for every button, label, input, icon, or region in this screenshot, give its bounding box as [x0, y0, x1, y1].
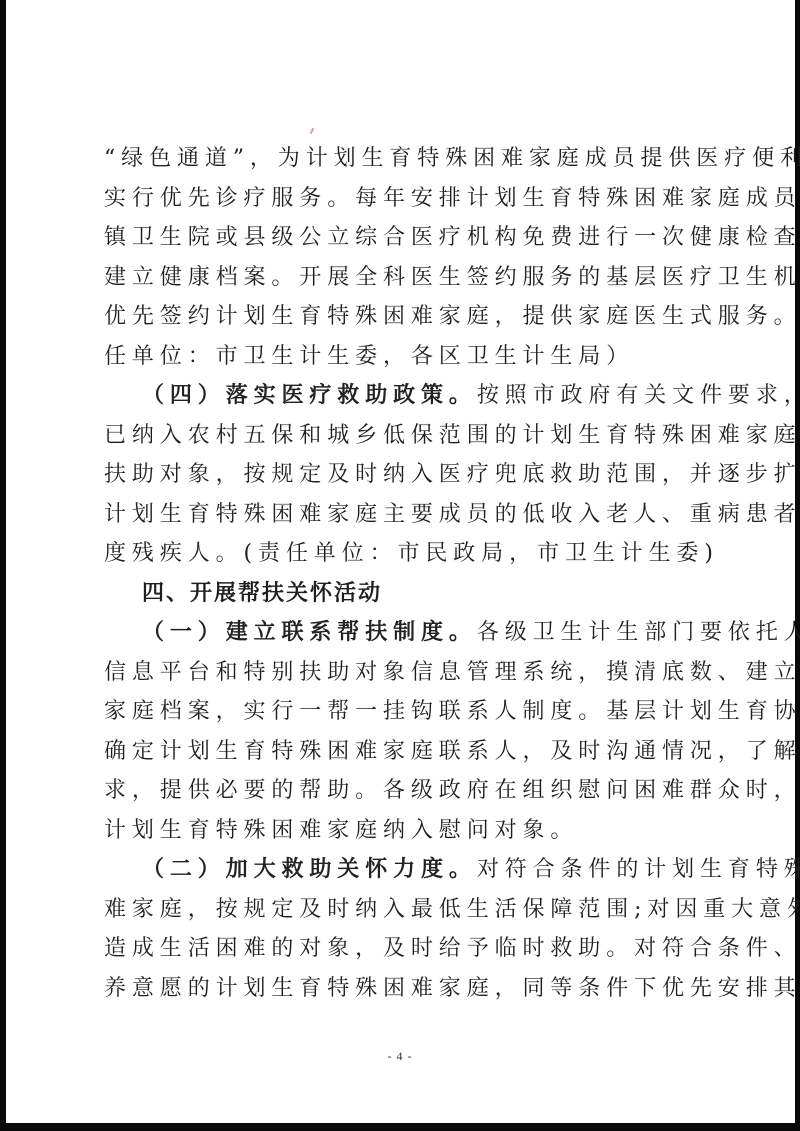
document-body: “绿色通道”，为计划生育特殊困难家庭成员提供医疗便利， 实行优先诊疗服务。每年安… [104, 139, 696, 1008]
subsection-title: （二）加大救助关怀力度。 [142, 856, 477, 882]
text-line: 优先签约计划生育特殊困难家庭，提供家庭医生式服务。（责 [104, 297, 696, 337]
text-line: 信息平台和特别扶助对象信息管理系统，摸清底数、建立特殊 [104, 653, 696, 693]
paragraph-text: 对符合条件的计划生育特殊困 [477, 857, 800, 882]
paragraph-text: 按照市政府有关文件要求，将 [477, 383, 800, 408]
text-line: 建立健康档案。开展全科医生签约服务的基层医疗卫生机构要 [104, 258, 696, 298]
text-line: 镇卫生院或县级公立综合医疗机构免费进行一次健康检查，并 [104, 218, 696, 258]
subsection-title: （四）落实医疗救助政策。 [142, 382, 477, 408]
text-line: “绿色通道”，为计划生育特殊困难家庭成员提供医疗便利， [104, 139, 696, 179]
text-line: 确定计划生育特殊困难家庭联系人，及时沟通情况，了解需 [104, 732, 696, 772]
text-line: 计划生育特殊困难家庭主要成员的低收入老人、重病患者及重 [104, 495, 696, 535]
section-heading: 四、开展帮扶关怀活动 [104, 574, 696, 614]
scan-border-left [0, 0, 6, 1131]
text-line: 任单位：市卫生计生委，各区卫生计生局） [104, 337, 696, 377]
text-line: 扶助对象，按规定及时纳入医疗兜底救助范围，并逐步扩大到 [104, 455, 696, 495]
stray-ink-mark [310, 128, 314, 134]
text-line: 造成生活困难的对象，及时给予临时救助。对符合条件、有收 [104, 929, 696, 969]
text-line: 求，提供必要的帮助。各级政府在组织慰问困难群众时，要将 [104, 771, 696, 811]
text-line: 度残疾人。(责任单位：市民政局，市卫生计生委) [104, 534, 696, 574]
paragraph-text: 各级卫生计生部门要依托人口 [477, 620, 800, 645]
page-number: - 4 - [0, 1049, 800, 1064]
paragraph-first-line: （二）加大救助关怀力度。对符合条件的计划生育特殊困 [104, 850, 696, 890]
scan-border-bottom [0, 1123, 800, 1131]
text-line: 养意愿的计划生育特殊困难家庭，同等条件下优先安排其收养 [104, 969, 696, 1009]
subsection-title: （一）建立联系帮扶制度。 [142, 619, 477, 645]
text-line: 家庭档案，实行一帮一挂钩联系人制度。基层计划生育协会要 [104, 692, 696, 732]
text-line: 已纳入农村五保和城乡低保范围的计划生育特殊困难家庭特别 [104, 416, 696, 456]
paragraph-first-line: （四）落实医疗救助政策。按照市政府有关文件要求，将 [104, 376, 696, 416]
paragraph-first-line: （一）建立联系帮扶制度。各级卫生计生部门要依托人口 [104, 613, 696, 653]
text-line: 计划生育特殊困难家庭纳入慰问对象。 [104, 811, 696, 851]
text-line: 难家庭，按规定及时纳入最低生活保障范围;对因重大意外事件 [104, 890, 696, 930]
text-line: 实行优先诊疗服务。每年安排计划生育特殊困难家庭成员在乡 [104, 179, 696, 219]
